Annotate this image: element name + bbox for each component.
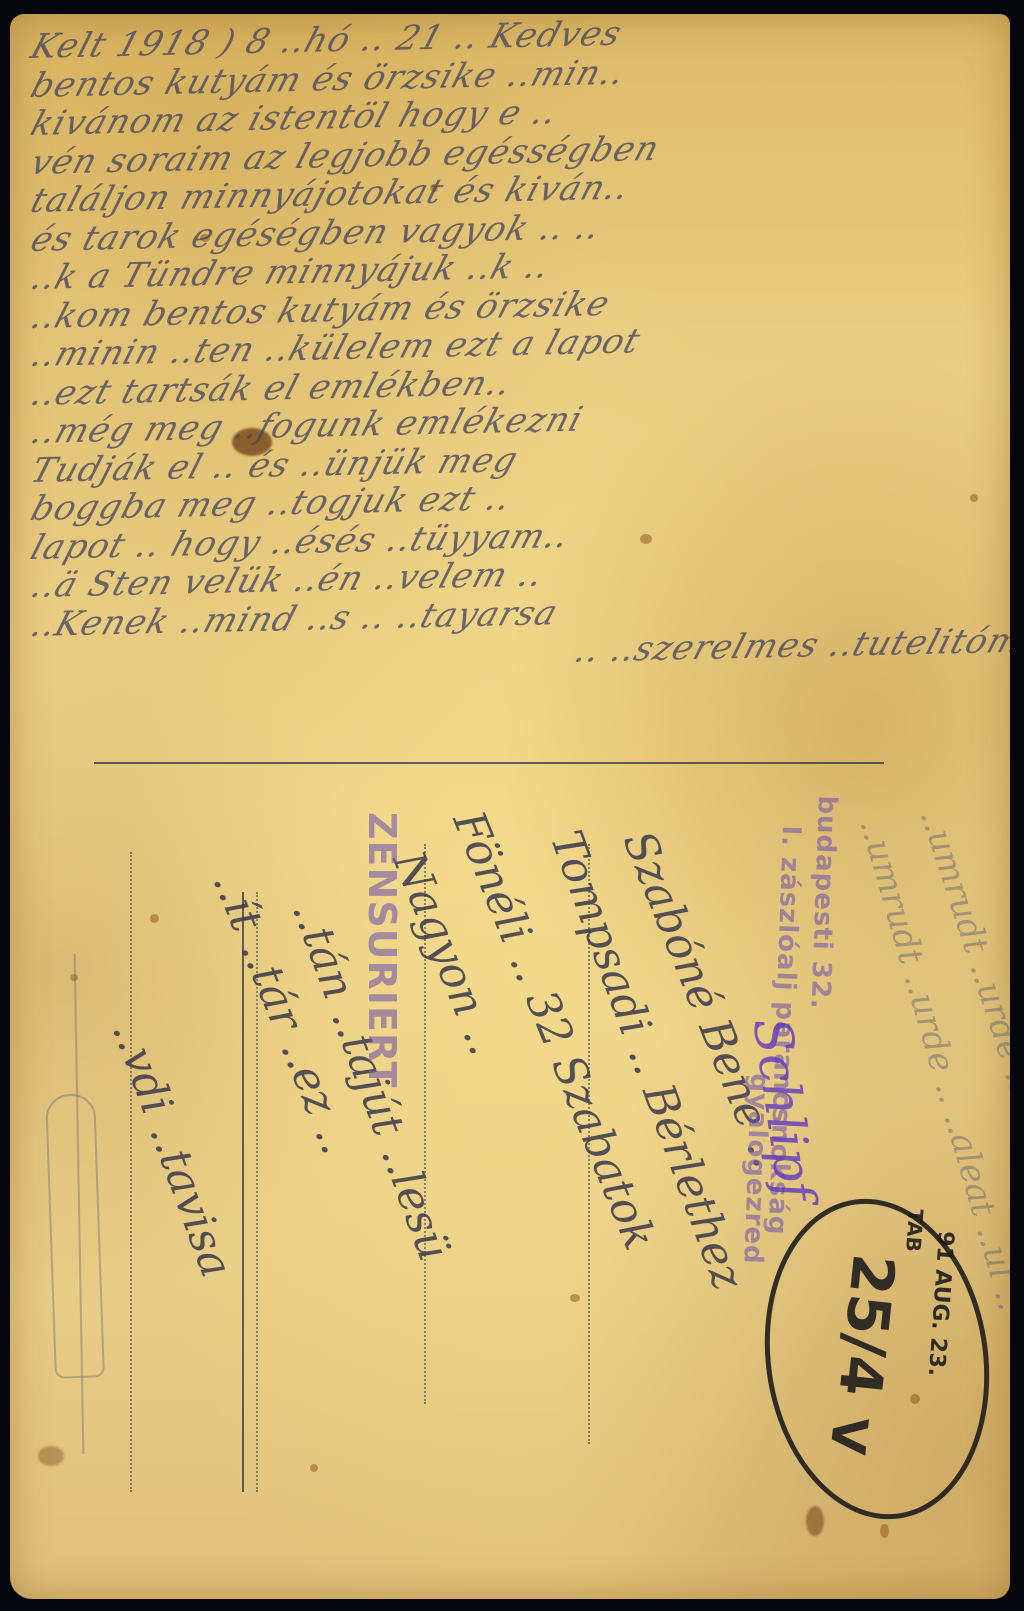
age-speck: [310, 1464, 318, 1472]
address-dotted-line: [130, 852, 132, 1492]
age-speck: [570, 1294, 580, 1302]
message-address-divider: [94, 762, 884, 764]
censor-stamp: ZENSURIERT: [360, 812, 404, 1088]
age-speck: [150, 914, 159, 923]
postcard: Kelt 1918 ) 8 ..hó .. 21 .. Kedves bento…: [10, 14, 1010, 1599]
postmark-mark: TAB: [901, 1208, 928, 1252]
rust-stain: [38, 1446, 64, 1466]
handwritten-message: Kelt 1918 ) 8 ..hó .. 21 .. Kedves bento…: [32, 28, 992, 683]
address-line: ..vdi ..tavisa: [102, 1014, 242, 1284]
postmark-mark: V: [818, 1414, 878, 1457]
unit-stamp-line1: budapesti 32.: [805, 795, 842, 1010]
pencil-loop-mark: [45, 1093, 105, 1379]
age-speck: [880, 1524, 889, 1538]
rust-stain: [806, 1506, 824, 1536]
